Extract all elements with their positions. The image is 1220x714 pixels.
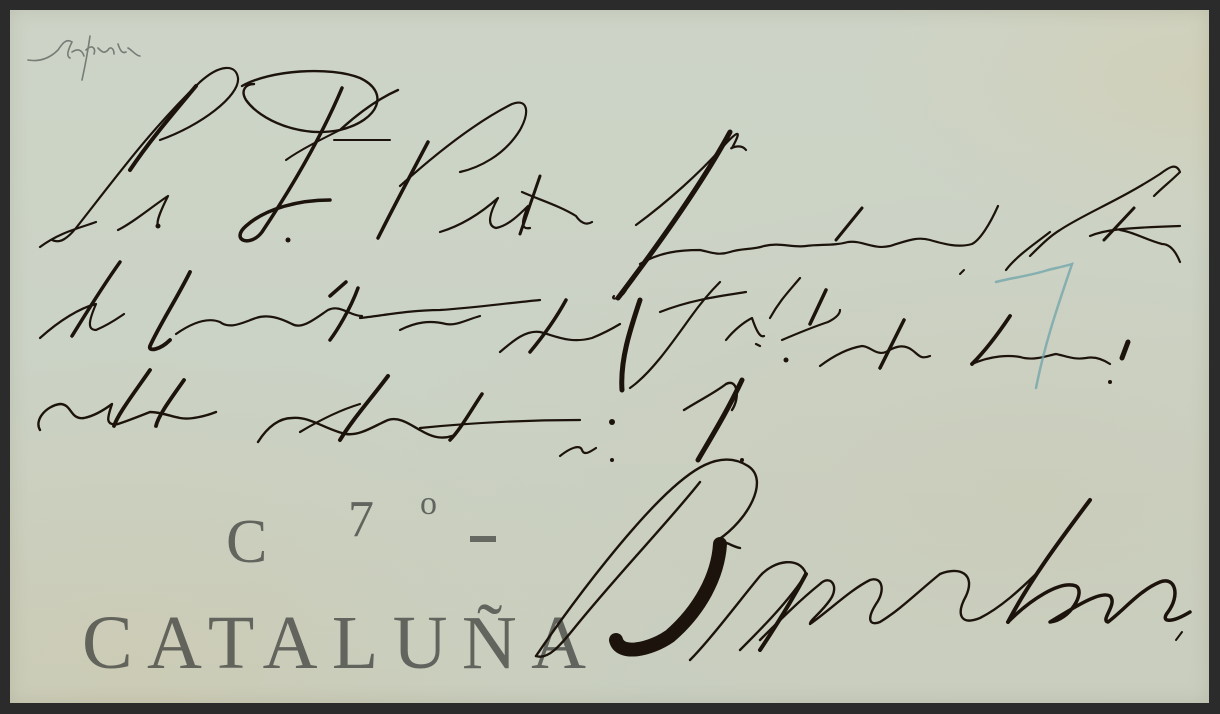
postmark-region: CATALUÑA — [82, 601, 592, 685]
pencil-note — [28, 36, 140, 80]
address-line-2-script — [40, 262, 1128, 390]
address-line-3-script — [38, 370, 744, 462]
postmark-number: 7 — [348, 491, 374, 548]
rate-mark — [996, 264, 1072, 388]
handwriting-layer: C 7 o CATALUÑA — [10, 10, 1209, 703]
address-line-1-script — [40, 68, 1180, 299]
postmark-c: C — [226, 508, 267, 576]
postmark: C 7 o CATALUÑA — [82, 485, 592, 685]
city-script — [536, 460, 1190, 661]
envelope-cover: Sra fedra Sr. D. Pedro Figuerola, Letrad… — [10, 10, 1209, 703]
postmark-superscript: o — [420, 485, 437, 522]
